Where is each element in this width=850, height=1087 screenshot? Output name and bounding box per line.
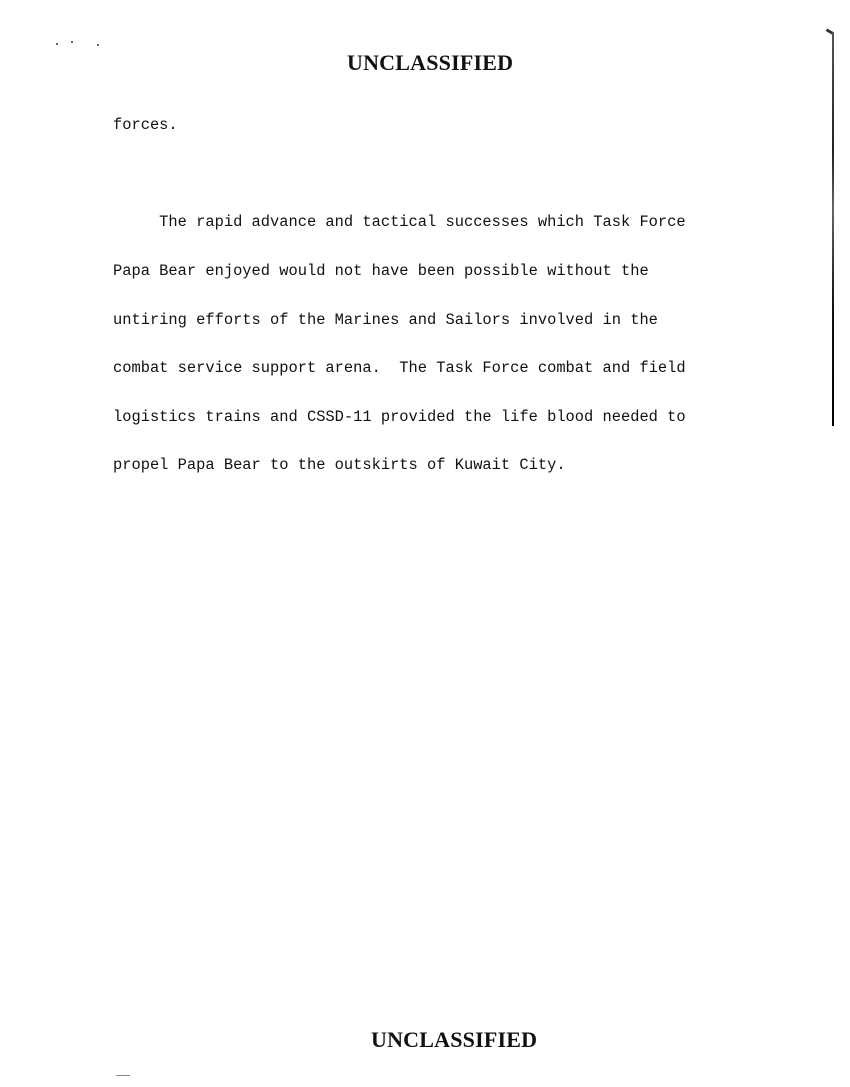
scan-dash-mark — [116, 1075, 130, 1076]
paragraph-line: logistics trains and CSSD-11 provided th… — [113, 409, 686, 425]
document-body: forces. The rapid advance and tactical s… — [113, 85, 686, 538]
classification-header: UNCLASSIFIED — [347, 50, 513, 76]
document-page: UNCLASSIFIED forces. The rapid advance a… — [0, 0, 850, 1087]
scan-speck — [97, 44, 99, 46]
margin-change-bar — [832, 32, 834, 426]
body-paragraph: The rapid advance and tactical successes… — [113, 182, 686, 506]
scan-speck — [56, 43, 58, 45]
paragraph-line: Papa Bear enjoyed would not have been po… — [113, 263, 686, 279]
paragraph-line: untiring efforts of the Marines and Sail… — [113, 312, 686, 328]
continuation-text: forces. — [113, 117, 686, 133]
scan-speck — [71, 41, 73, 43]
paragraph-line: propel Papa Bear to the outskirts of Kuw… — [113, 457, 686, 473]
paragraph-line: The rapid advance and tactical successes… — [113, 214, 686, 230]
paragraph-line: combat service support arena. The Task F… — [113, 360, 686, 376]
classification-footer: UNCLASSIFIED — [371, 1027, 537, 1053]
